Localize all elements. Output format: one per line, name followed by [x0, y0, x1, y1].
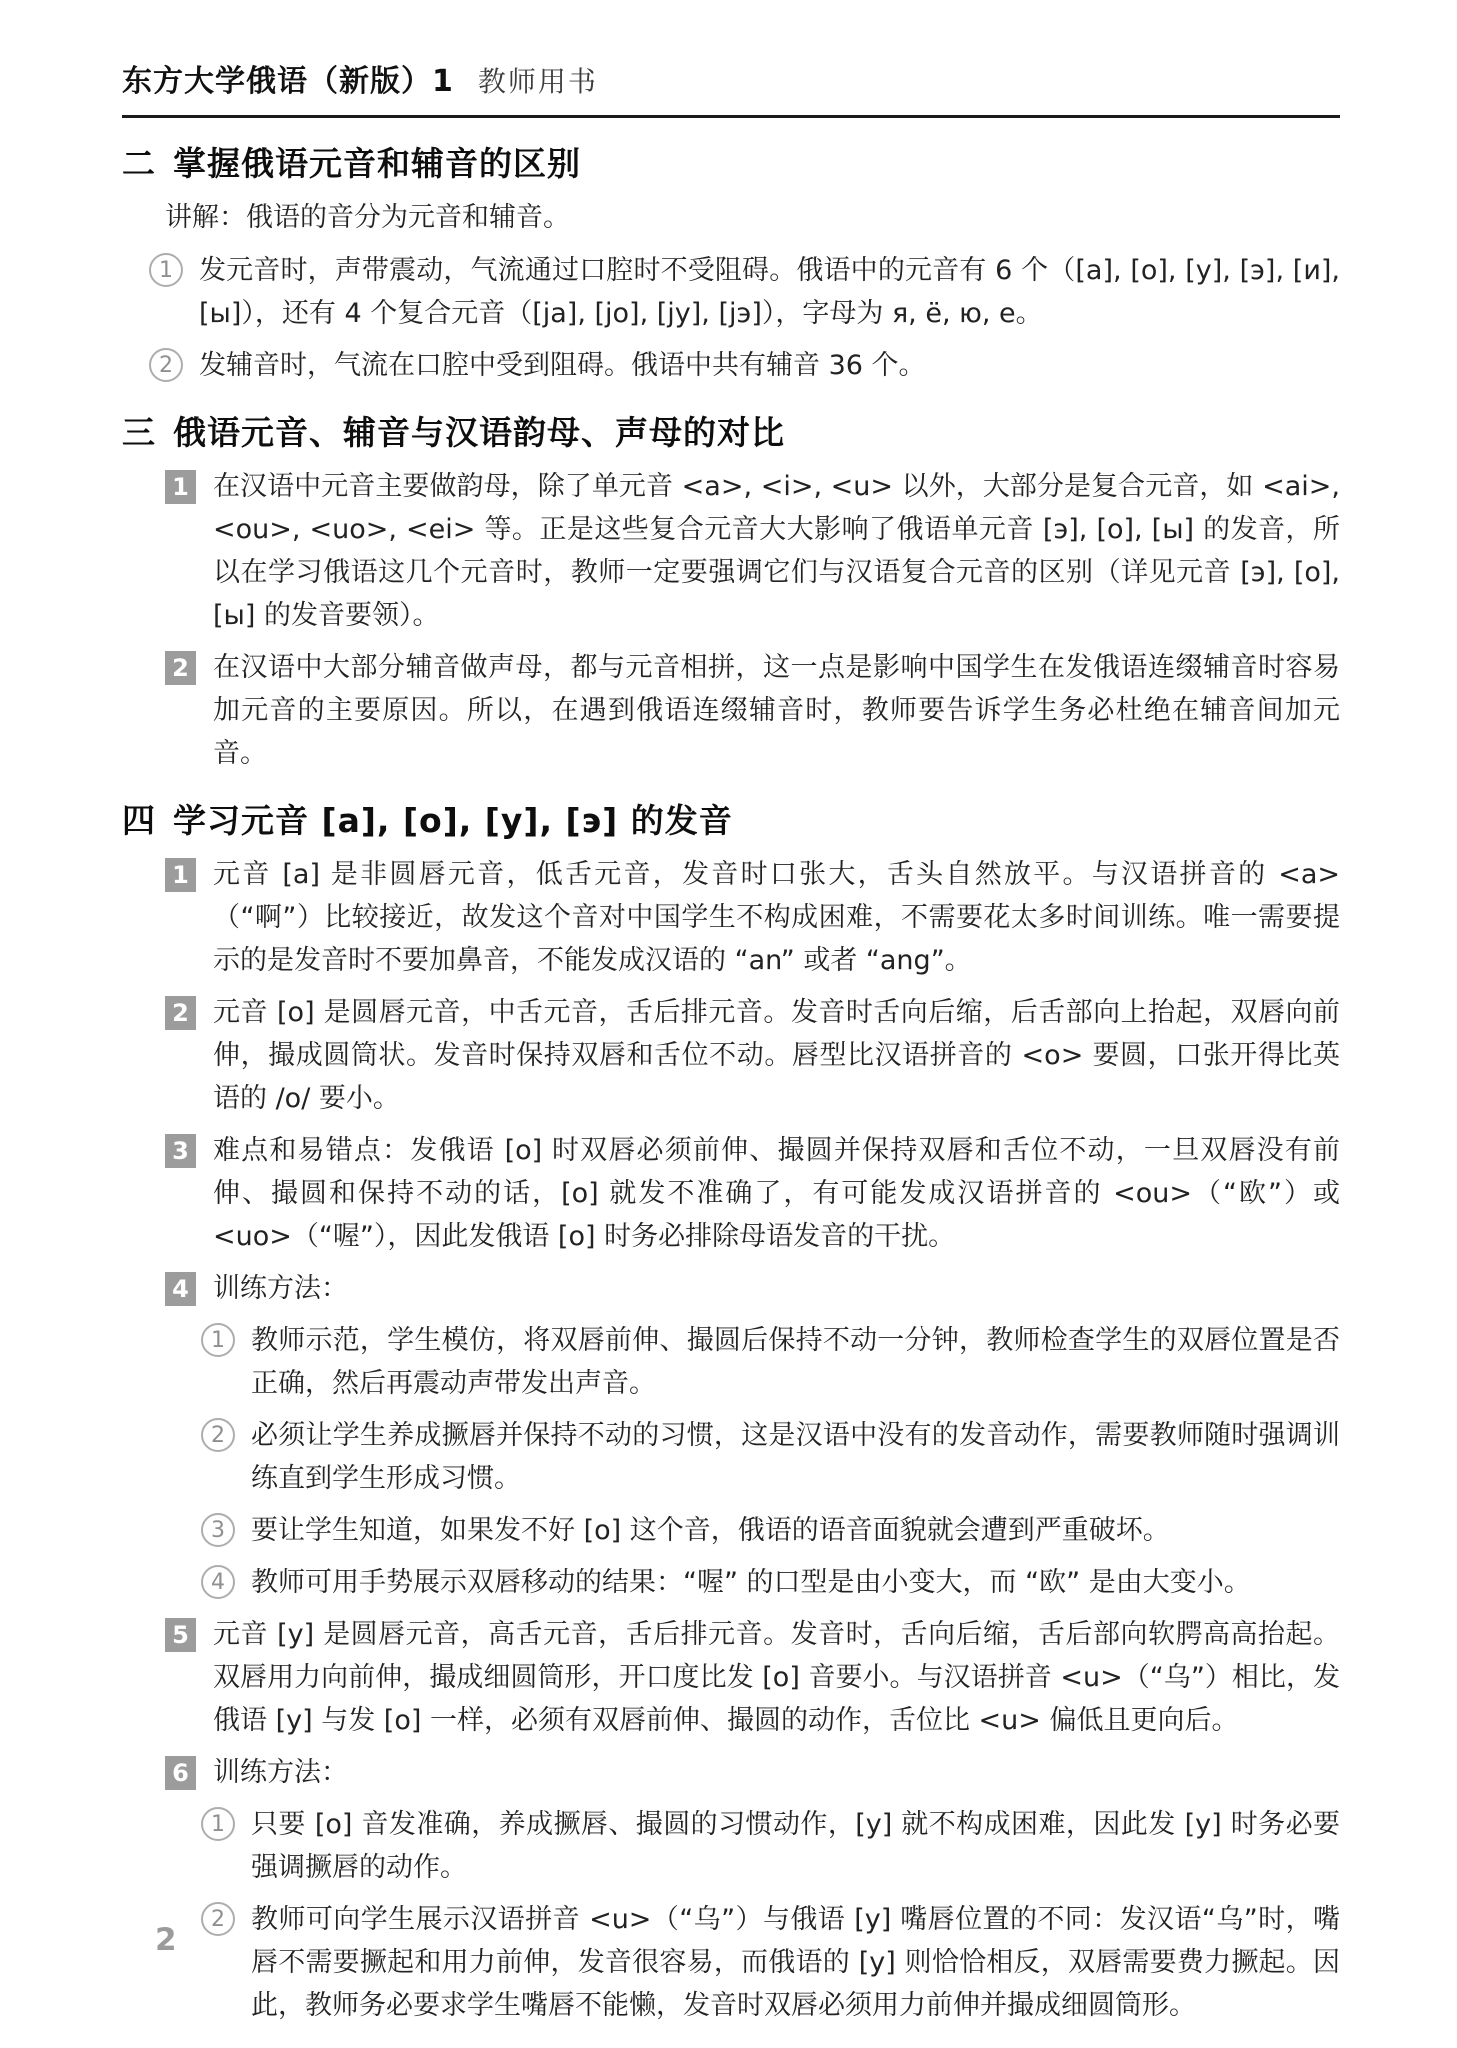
list-item-text: 元音 [y] 是圆唇元音，高舌元音，舌后排元音。发音时，舌向后缩，舌后部向软腭高…: [213, 1613, 1340, 1742]
section-2-content: 讲解：俄语的音分为元音和辅音。 1 发元音时，声带震动，气流通过口腔时不受阻碍。…: [122, 196, 1340, 387]
sub-item-text: 教师可向学生展示汉语拼音 <u>（“乌”）与俄语 [y] 嘴唇位置的不同：发汉语…: [251, 1898, 1340, 2027]
circled-number-badge: 1: [201, 1807, 235, 1841]
list-item-training-methods: 6 训练方法：: [165, 1751, 1340, 1794]
sub-list: 1 只要 [o] 音发准确，养成撅唇、撮圆的习惯动作，[y] 就不构成困难，因此…: [165, 1803, 1340, 2027]
circled-number-badge: 4: [201, 1565, 235, 1599]
section-title: 俄语元音、辅音与汉语韵母、声母的对比: [173, 411, 785, 455]
circled-number-badge: 1: [201, 1323, 235, 1357]
list-item-text: 在汉语中元音主要做韵母，除了单元音 <a>, <i>, <u> 以外，大部分是复…: [213, 465, 1340, 637]
running-header: 东方大学俄语（新版）1 教师用书: [122, 56, 1340, 100]
circled-number-badge: 2: [201, 1902, 235, 1936]
sub-item-text: 教师示范，学生模仿，将双唇前伸、撮圆后保持不动一分钟，教师检查学生的双唇位置是否…: [251, 1319, 1340, 1405]
sub-item-text: 教师可用手势展示双唇移动的结果：“喔” 的口型是由小变大，而 “欧” 是由大变小…: [251, 1561, 1340, 1604]
square-number-badge: 3: [165, 1134, 196, 1168]
list-item-text: 发元音时，声带震动，气流通过口腔时不受阻碍。俄语中的元音有 6 个（[a], […: [199, 249, 1340, 335]
section-marker: 四: [122, 799, 156, 843]
section-title: 学习元音 [a], [o], [y], [э] 的发音: [173, 799, 733, 843]
list-item-text: 训练方法：: [213, 1751, 1340, 1794]
list-item: 1 在汉语中元音主要做韵母，除了单元音 <a>, <i>, <u> 以外，大部分…: [165, 465, 1340, 637]
section-heading-2: 二 掌握俄语元音和辅音的区别: [122, 142, 1340, 186]
square-number-badge: 1: [165, 858, 196, 892]
sub-list-item: 1 只要 [o] 音发准确，养成撅唇、撮圆的习惯动作，[y] 就不构成困难，因此…: [201, 1803, 1340, 1889]
sub-item-text: 必须让学生养成撅唇并保持不动的习惯，这是汉语中没有的发音动作，需要教师随时强调训…: [251, 1414, 1340, 1500]
page-number: 2: [155, 1922, 177, 1958]
square-number-badge: 4: [165, 1272, 196, 1306]
circled-number-badge: 2: [201, 1418, 235, 1452]
square-number-badge: 2: [165, 651, 196, 685]
sub-list: 1 教师示范，学生模仿，将双唇前伸、撮圆后保持不动一分钟，教师检查学生的双唇位置…: [165, 1319, 1340, 1604]
book-subtitle: 教师用书: [478, 60, 598, 100]
section-title: 掌握俄语元音和辅音的区别: [173, 142, 581, 186]
square-number-badge: 2: [165, 996, 196, 1030]
sub-list-item: 3 要让学生知道，如果发不好 [o] 这个音，俄语的语音面貌就会遭到严重破坏。: [201, 1509, 1340, 1552]
list-item-text: 发辅音时，气流在口腔中受到阻碍。俄语中共有辅音 36 个。: [199, 344, 1340, 387]
square-number-badge: 1: [165, 470, 196, 504]
sub-list-item: 2 教师可向学生展示汉语拼音 <u>（“乌”）与俄语 [y] 嘴唇位置的不同：发…: [201, 1898, 1340, 2027]
list-item-text: 在汉语中大部分辅音做声母，都与元音相拼，这一点是影响中国学生在发俄语连缀辅音时容…: [213, 646, 1340, 775]
section-heading-4: 四 学习元音 [a], [o], [y], [э] 的发音: [122, 799, 1340, 843]
sub-list-item: 4 教师可用手势展示双唇移动的结果：“喔” 的口型是由小变大，而 “欧” 是由大…: [201, 1561, 1340, 1604]
book-title: 东方大学俄语（新版）1: [122, 56, 454, 100]
square-number-badge: 6: [165, 1756, 196, 1790]
circled-number-badge: 2: [149, 348, 183, 382]
list-item: 2 发辅音时，气流在口腔中受到阻碍。俄语中共有辅音 36 个。: [149, 344, 1340, 387]
list-item: 3 难点和易错点：发俄语 [o] 时双唇必须前伸、撮圆并保持双唇和舌位不动，一旦…: [165, 1129, 1340, 1258]
list-item: 2 在汉语中大部分辅音做声母，都与元音相拼，这一点是影响中国学生在发俄语连缀辅音…: [165, 646, 1340, 775]
book-page: 东方大学俄语（新版）1 教师用书 二 掌握俄语元音和辅音的区别 讲解：俄语的音分…: [0, 0, 1457, 2048]
sub-item-text: 只要 [o] 音发准确，养成撅唇、撮圆的习惯动作，[y] 就不构成困难，因此发 …: [251, 1803, 1340, 1889]
section-3-content: 1 在汉语中元音主要做韵母，除了单元音 <a>, <i>, <u> 以外，大部分…: [122, 465, 1340, 775]
header-rule: [122, 115, 1340, 118]
square-number-badge: 5: [165, 1618, 196, 1652]
list-item-text: 元音 [o] 是圆唇元音，中舌元音，舌后排元音。发音时舌向后缩，后舌部向上抬起，…: [213, 991, 1340, 1120]
intro-paragraph: 讲解：俄语的音分为元音和辅音。: [165, 196, 1340, 239]
list-item-text: 元音 [a] 是非圆唇元音，低舌元音，发音时口张大，舌头自然放平。与汉语拼音的 …: [213, 853, 1340, 982]
section-heading-3: 三 俄语元音、辅音与汉语韵母、声母的对比: [122, 411, 1340, 455]
list-item-training-methods: 4 训练方法：: [165, 1267, 1340, 1310]
circled-number-badge: 1: [149, 253, 183, 287]
list-item-text: 难点和易错点：发俄语 [o] 时双唇必须前伸、撮圆并保持双唇和舌位不动，一旦双唇…: [213, 1129, 1340, 1258]
list-item: 1 元音 [a] 是非圆唇元音，低舌元音，发音时口张大，舌头自然放平。与汉语拼音…: [165, 853, 1340, 982]
list-item: 2 元音 [o] 是圆唇元音，中舌元音，舌后排元音。发音时舌向后缩，后舌部向上抬…: [165, 991, 1340, 1120]
list-item: 1 发元音时，声带震动，气流通过口腔时不受阻碍。俄语中的元音有 6 个（[a],…: [149, 249, 1340, 335]
sub-list-item: 2 必须让学生养成撅唇并保持不动的习惯，这是汉语中没有的发音动作，需要教师随时强…: [201, 1414, 1340, 1500]
circled-number-badge: 3: [201, 1513, 235, 1547]
section-marker: 二: [122, 142, 156, 186]
list-item-text: 训练方法：: [213, 1267, 1340, 1310]
section-4-content: 1 元音 [a] 是非圆唇元音，低舌元音，发音时口张大，舌头自然放平。与汉语拼音…: [122, 853, 1340, 2027]
sub-list-item: 1 教师示范，学生模仿，将双唇前伸、撮圆后保持不动一分钟，教师检查学生的双唇位置…: [201, 1319, 1340, 1405]
sub-item-text: 要让学生知道，如果发不好 [o] 这个音，俄语的语音面貌就会遭到严重破坏。: [251, 1509, 1340, 1552]
section-marker: 三: [122, 411, 156, 455]
list-item: 5 元音 [y] 是圆唇元音，高舌元音，舌后排元音。发音时，舌向后缩，舌后部向软…: [165, 1613, 1340, 1742]
